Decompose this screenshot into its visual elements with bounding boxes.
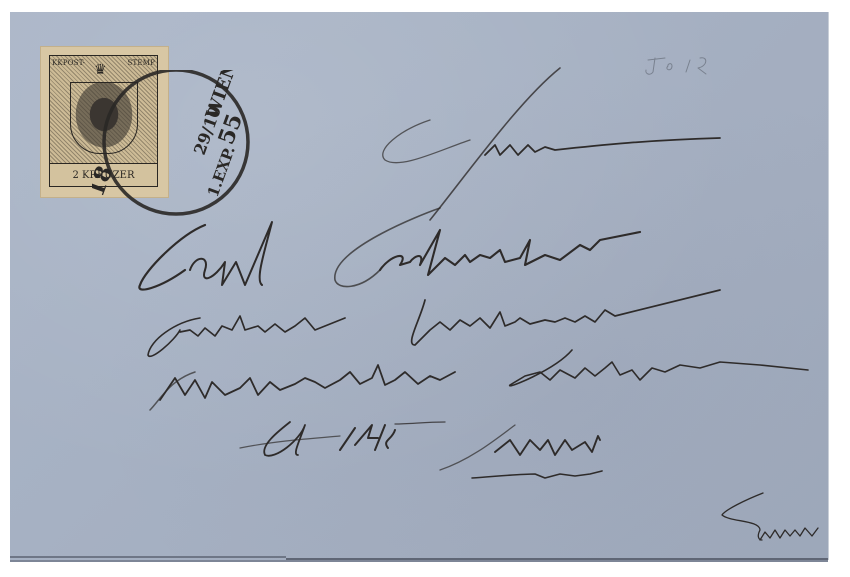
handwritten-address [0,0,850,577]
